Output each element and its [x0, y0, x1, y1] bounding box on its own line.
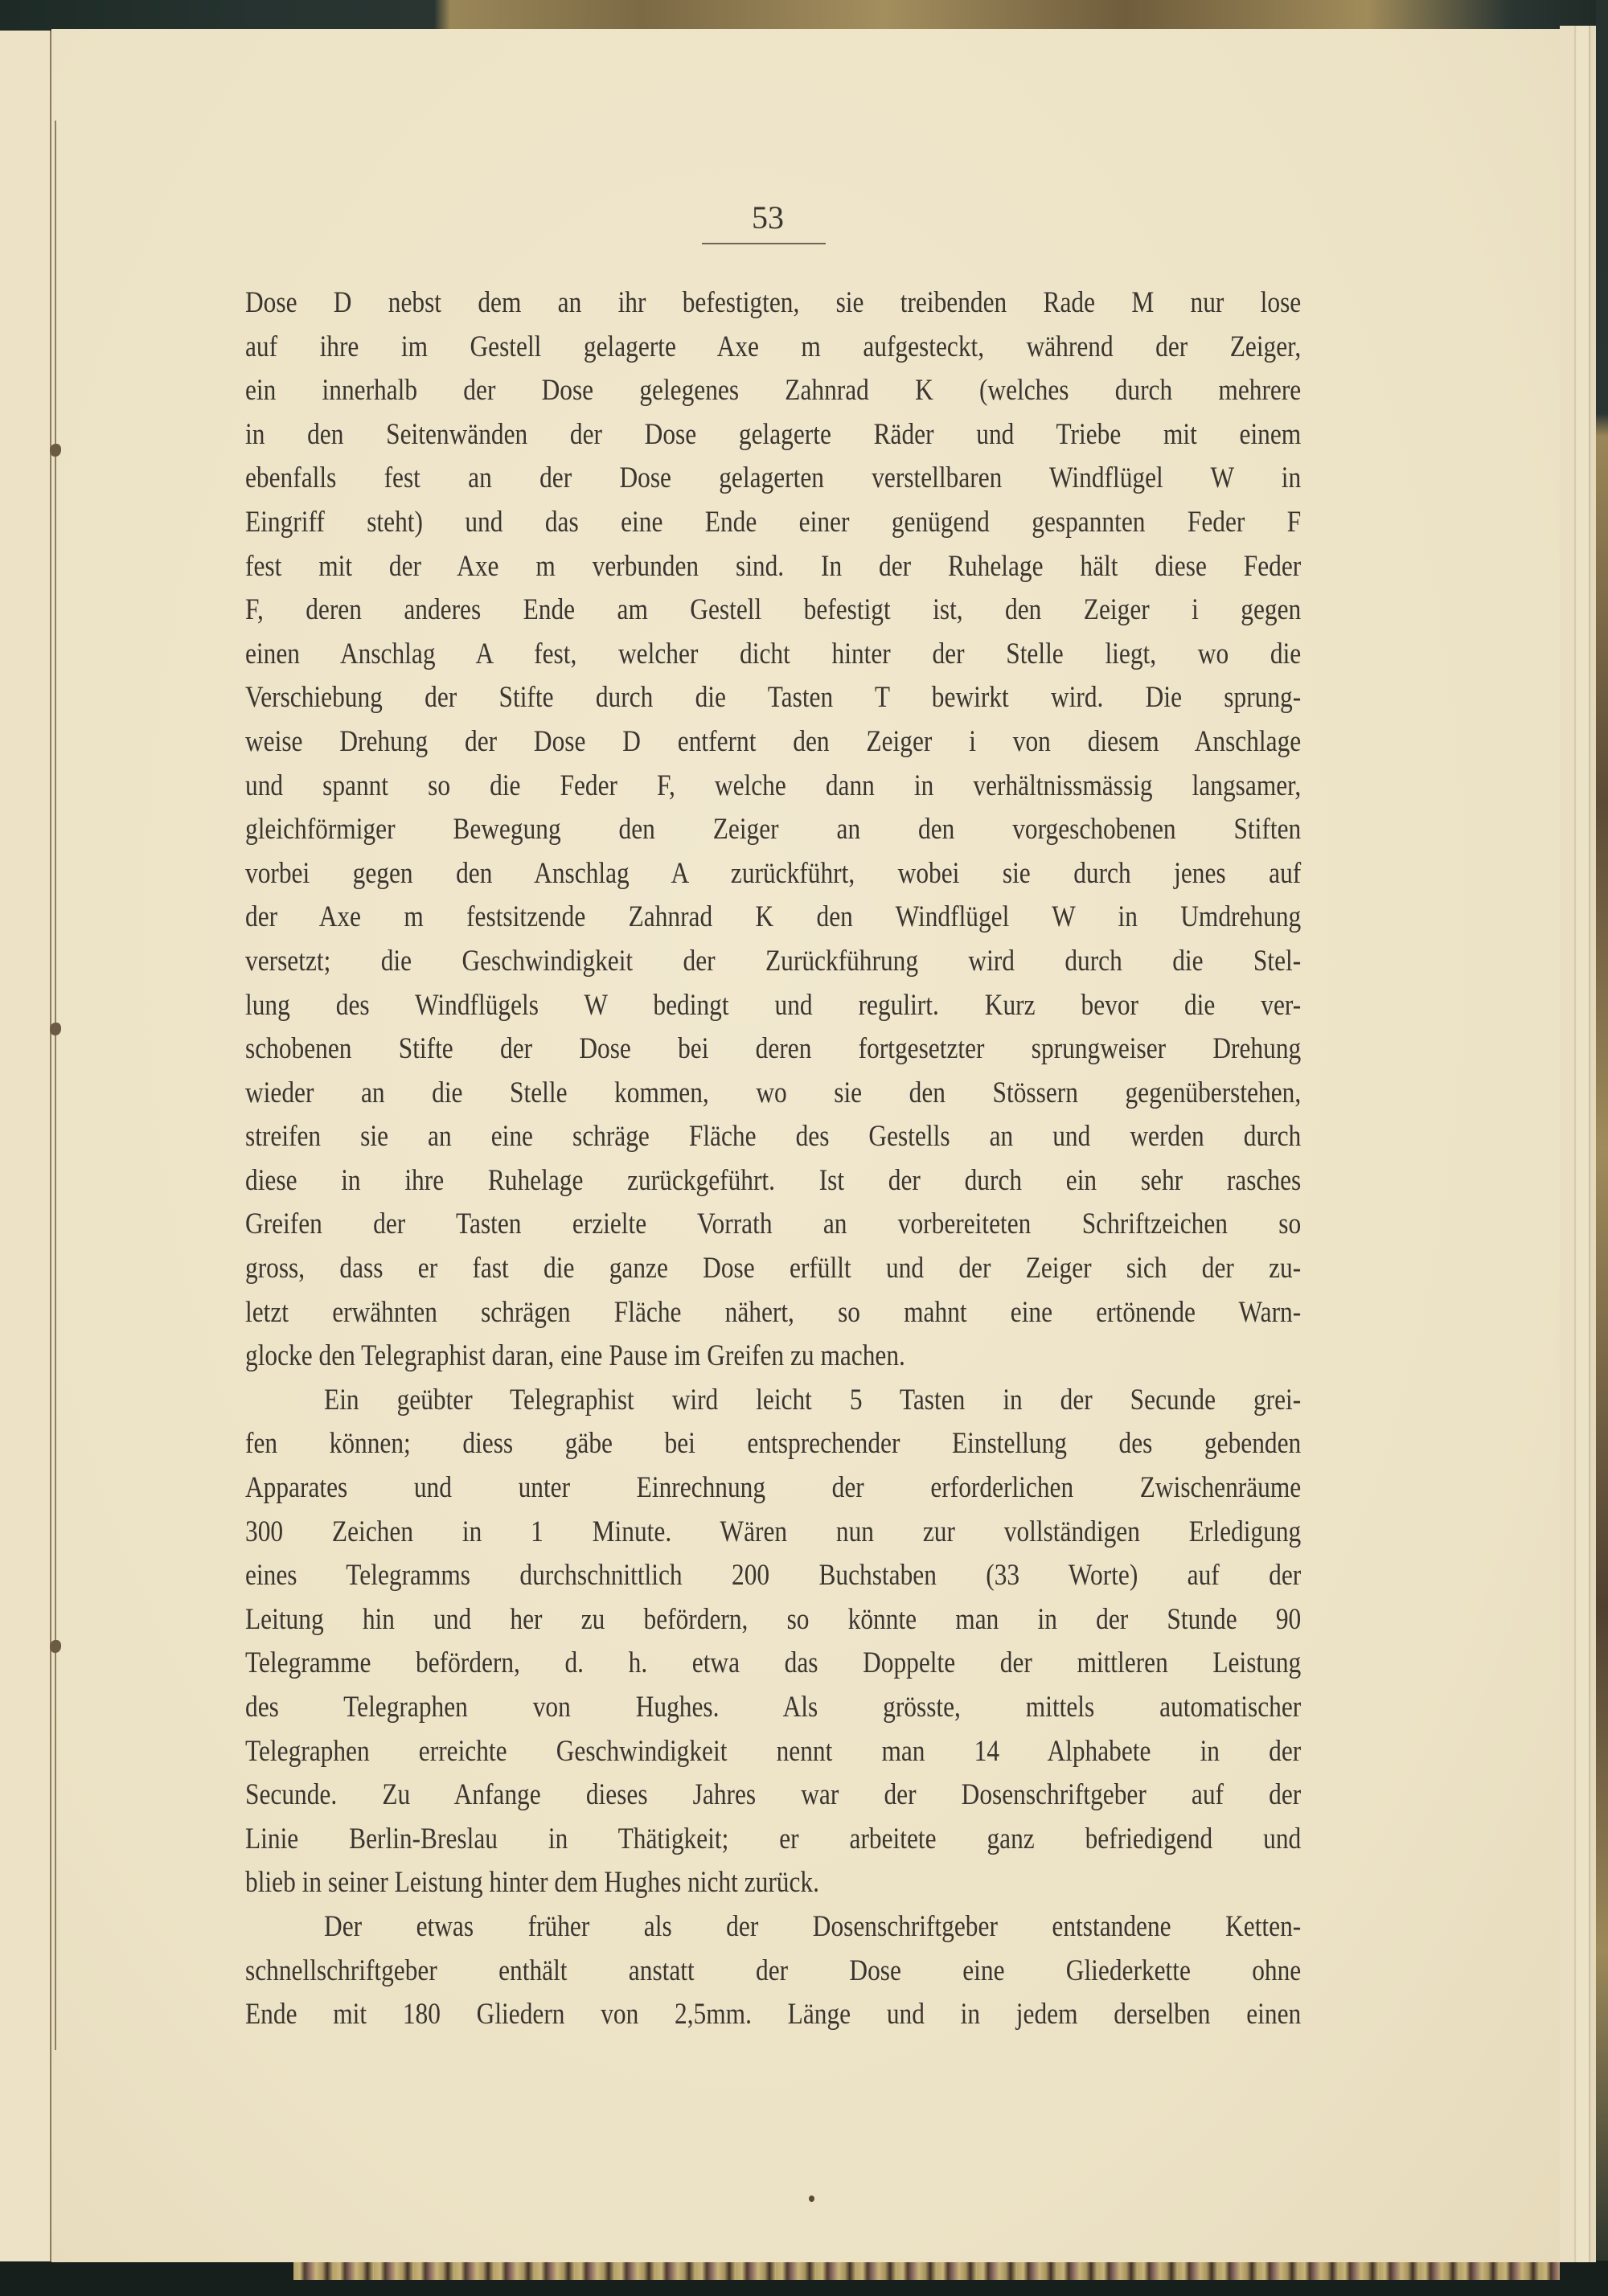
text-line: blieb in seiner Leistung hinter dem Hugh… [245, 1860, 1301, 1904]
text-line: schobenen Stifte der Dose bei deren fort… [245, 1027, 1301, 1071]
text-line: glocke den Telegraphist daran, eine Paus… [245, 1334, 1301, 1378]
text-line: Der etwas früher als der Dosenschriftgeb… [245, 1904, 1301, 1949]
text-line: gross, dass er fast die ganze Dose erfül… [245, 1246, 1301, 1290]
text-line: Ende mit 180 Gliedern von 2,5mm. Länge u… [245, 1992, 1301, 2036]
text-line: einen Anschlag A fest, welcher dicht hin… [245, 632, 1301, 676]
binding-knot-icon [50, 444, 61, 457]
text-line: Ein geübter Telegraphist wird leicht 5 T… [245, 1378, 1301, 1422]
text-line: letzt erwähnten schrägen Fläche nähert, … [245, 1290, 1301, 1335]
text-line: Dose D nebst dem an ihr befestigten, sie… [245, 281, 1301, 325]
text-line: auf ihre im Gestell gelagerte Axe m aufg… [245, 325, 1301, 369]
text-line: diese in ihre Ruhelage zurückgeführt. Is… [245, 1158, 1301, 1203]
text-line: wieder an die Stelle kommen, wo sie den … [245, 1071, 1301, 1115]
page-number-rule [702, 243, 826, 244]
text-line: weise Drehung der Dose D entfernt den Ze… [245, 720, 1301, 764]
text-line: Telegraphen erreichte Geschwindigkeit ne… [245, 1729, 1301, 1773]
book-cover-top-edge [0, 0, 1608, 32]
text-line: streifen sie an eine schräge Fläche des … [245, 1114, 1301, 1158]
text-line: gleichförmiger Bewegung den Zeiger an de… [245, 807, 1301, 851]
text-line: in den Seitenwänden der Dose gelagerte R… [245, 412, 1301, 457]
text-line: ebenfalls fest an der Dose gelagerten ve… [245, 456, 1301, 500]
text-line: Eingriff steht) und das eine Ende einer … [245, 500, 1301, 544]
text-line: 300 Zeichen in 1 Minute. Wären nun zur v… [245, 1510, 1301, 1554]
text-line: Verschiebung der Stifte durch die Tasten… [245, 675, 1301, 720]
text-line: Apparates und unter Einrechnung der erfo… [245, 1466, 1301, 1510]
text-line: Secunde. Zu Anfange dieses Jahres war de… [245, 1773, 1301, 1817]
text-line: und spannt so die Feder F, welche dann i… [245, 764, 1301, 808]
page-stack-edges [1560, 26, 1596, 2262]
marbled-page-edge [293, 2261, 1560, 2280]
text-line: Linie Berlin-Breslau in Thätigkeit; er a… [245, 1817, 1301, 1861]
text-line: der Axe m festsitzende Zahnrad K den Win… [245, 895, 1301, 939]
binding-thread [55, 121, 56, 2050]
body-text: Dose D nebst dem an ihr befestigten, sie… [245, 281, 1153, 2036]
text-line: Leitung hin und her zu befördern, so kön… [245, 1597, 1301, 1642]
text-line: vorbei gegen den Anschlag A zurückführt,… [245, 851, 1301, 896]
text-line: eines Telegramms durchschnittlich 200 Bu… [245, 1553, 1301, 1597]
text-line: Telegramme befördern, d. h. etwa das Dop… [245, 1641, 1301, 1685]
text-line: F, deren anderes Ende am Gestell befesti… [245, 588, 1301, 632]
facing-page-stub [0, 31, 51, 2261]
text-line: fest mit der Axe m verbunden sind. In de… [245, 544, 1301, 588]
book-cover-right-edge [1596, 0, 1608, 2296]
binding-knot-icon [50, 1023, 61, 1035]
text-line: schnellschriftgeber enthält anstatt der … [245, 1949, 1301, 1993]
text-line: Greifen der Tasten erzielte Vorrath an v… [245, 1202, 1301, 1246]
text-line: ein innerhalb der Dose gelegenes Zahnrad… [245, 368, 1301, 412]
page-number: 53 [708, 199, 828, 236]
text-line: fen können; diess gäbe bei entsprechende… [245, 1421, 1301, 1466]
binding-knot-icon [50, 1640, 61, 1653]
text-line: lung des Windflügels W bedingt und regul… [245, 983, 1301, 1027]
text-line: versetzt; die Geschwindigkeit der Zurück… [245, 939, 1301, 983]
paper-spot [809, 2196, 814, 2202]
text-line: des Telegraphen von Hughes. Als grösste,… [245, 1685, 1301, 1729]
